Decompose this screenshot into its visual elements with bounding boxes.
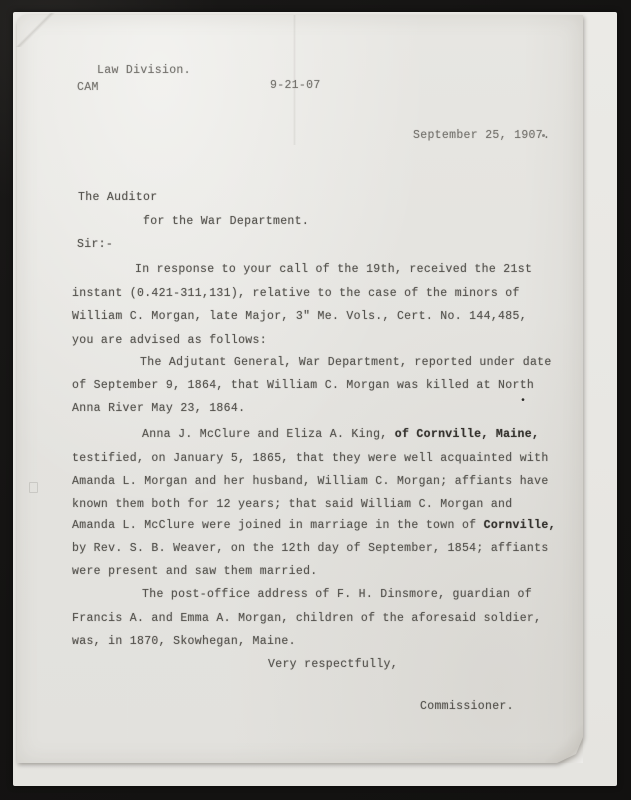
ink-dot-mark: • (520, 397, 526, 407)
letter-line: The Adjutant General, War Department, re… (140, 356, 552, 369)
letter-line: Francis A. and Emma A. Morgan, children … (72, 612, 541, 625)
letter-line: Anna J. McClure and Eliza A. King, of Co… (142, 428, 539, 441)
letter-line: of September 9, 1864, that William C. Mo… (72, 379, 534, 392)
letter-line: The Auditor (78, 191, 157, 204)
letter-line-text: Francis A. and Emma A. Morgan, children … (72, 612, 541, 625)
letter-line-text: CAM (77, 81, 99, 94)
letter-line-text: were present and saw them married. (72, 565, 318, 578)
letter-line: was, in 1870, Skowhegan, Maine. (72, 635, 296, 648)
letter-line: In response to your call of the 19th, re… (135, 263, 532, 276)
letter-line-text: Commissioner. (420, 700, 514, 713)
letter-line-text: Anna River May 23, 1864. (72, 402, 245, 415)
scan-background: Law Division.CAM9-21-07September 25, 190… (0, 0, 631, 800)
letter-line: September 25, 1907. (413, 129, 550, 142)
letter-line: 9-21-07 (270, 79, 321, 92)
letter-body: Law Division.CAM9-21-07September 25, 190… (0, 0, 631, 800)
letter-line: The post-office address of F. H. Dinsmor… (142, 588, 532, 601)
letter-line-text: instant (0.421-311,131), relative to the… (72, 287, 520, 300)
letter-line-text: The Adjutant General, War Department, re… (140, 356, 552, 369)
letter-line: you are advised as follows: (72, 334, 267, 347)
letter-line-text: known them both for 12 years; that said … (72, 498, 513, 511)
letter-line-text: Amanda L. McClure were joined in marriag… (72, 519, 484, 532)
letter-line-text: Law Division. (97, 64, 191, 77)
speck-mark (542, 134, 545, 137)
letter-line: instant (0.421-311,131), relative to the… (72, 287, 520, 300)
letter-line-text: 9-21-07 (270, 79, 321, 92)
letter-line: CAM (77, 81, 99, 94)
letter-line: Law Division. (97, 64, 191, 77)
letter-line: William C. Morgan, late Major, 3" Me. Vo… (72, 310, 527, 323)
letter-line-text: September 25, 1907. (413, 129, 550, 142)
letter-line-text: Very respectfully, (268, 658, 398, 671)
letter-line-text: The post-office address of F. H. Dinsmor… (142, 588, 532, 601)
letter-line: by Rev. S. B. Weaver, on the 12th day of… (72, 542, 549, 555)
letter-line-text: by Rev. S. B. Weaver, on the 12th day of… (72, 542, 549, 555)
letter-line-text: you are advised as follows: (72, 334, 267, 347)
letter-line: were present and saw them married. (72, 565, 318, 578)
letter-line: Very respectfully, (268, 658, 398, 671)
letter-line-text: of September 9, 1864, that William C. Mo… (72, 379, 534, 392)
letter-line-text: Anna J. McClure and Eliza A. King, (142, 428, 388, 441)
letter-line: Amanda L. Morgan and her husband, Willia… (72, 475, 549, 488)
letter-line-text: The Auditor (78, 191, 157, 204)
letter-line-text: was, in 1870, Skowhegan, Maine. (72, 635, 296, 648)
letter-line-text: Amanda L. Morgan and her husband, Willia… (72, 475, 549, 488)
letter-line-text: Sir:- (77, 238, 113, 251)
letter-line-text: for the War Department. (143, 215, 309, 228)
letter-line: Commissioner. (420, 700, 514, 713)
bold-text-segment: of Cornville, Maine, (388, 428, 540, 441)
letter-line-text: In response to your call of the 19th, re… (135, 263, 532, 276)
letter-line: known them both for 12 years; that said … (72, 498, 513, 511)
letter-line: for the War Department. (143, 215, 309, 228)
letter-line-text: William C. Morgan, late Major, 3" Me. Vo… (72, 310, 527, 323)
letter-line: Sir:- (77, 238, 113, 251)
letter-line: Anna River May 23, 1864. (72, 402, 245, 415)
smudge-mark (29, 482, 38, 493)
letter-line-text: testified, on January 5, 1865, that they… (72, 452, 549, 465)
letter-line: Amanda L. McClure were joined in marriag… (72, 519, 556, 532)
bold-text-segment: Cornville, (484, 519, 556, 532)
letter-line: testified, on January 5, 1865, that they… (72, 452, 549, 465)
